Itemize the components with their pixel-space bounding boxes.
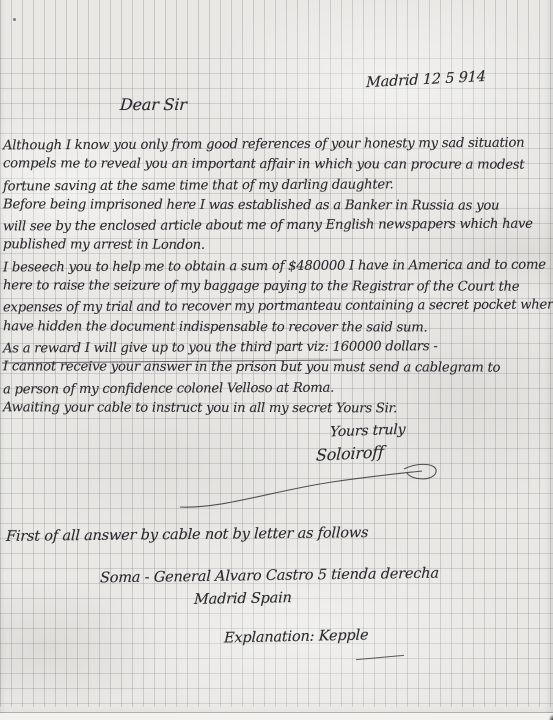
cable-address-line1: Soma - General Alvaro Castro 5 tienda de… bbox=[100, 566, 439, 587]
corner-ink-mark bbox=[546, 709, 553, 720]
letter-line: Before being imprisoned here I was estab… bbox=[3, 197, 552, 219]
scanned-letter-page: Madrid 12 5 914 Dear Sir Although I know… bbox=[0, 0, 553, 720]
letter-closing: Yours truly bbox=[330, 422, 406, 441]
letter-line: a person of my confidence colonel Vellos… bbox=[3, 379, 552, 402]
letter-line: here to raise the seizure of my baggage … bbox=[3, 278, 552, 300]
letter-line: published my arrest in London. bbox=[3, 238, 552, 260]
ink-speck bbox=[13, 18, 16, 21]
letter-line: As a reward I will give up to you the th… bbox=[3, 339, 552, 362]
letter-line: will see by the enclosed article about m… bbox=[3, 217, 552, 240]
letter-line: Although I know you only from good refer… bbox=[3, 136, 552, 159]
explanation-line: Explanation: Kepple bbox=[224, 627, 369, 646]
letter-line: Awaiting your cable to instruct you in a… bbox=[3, 400, 552, 422]
letter-line: compels me to reveal you an important af… bbox=[3, 157, 552, 179]
letter-salutation: Dear Sir bbox=[119, 95, 187, 114]
signature-flourish-stroke bbox=[172, 455, 452, 515]
letter-line: have hidden the document indispensable t… bbox=[3, 319, 552, 341]
postscript-instruction: First of all answer by cable not by lett… bbox=[6, 525, 369, 545]
letter-signature: Soloiroff bbox=[316, 442, 385, 465]
letter-line: fortune saving at the same time that of … bbox=[3, 176, 552, 199]
paper-bottom-edge bbox=[0, 712, 553, 720]
explanation-underline bbox=[356, 655, 404, 660]
letter-body: Although I know you only from good refer… bbox=[3, 137, 552, 421]
letter-line: expenses of my trial and to recover my p… bbox=[3, 298, 552, 321]
letter-date: Madrid 12 5 914 bbox=[366, 69, 486, 91]
cable-address-line2: Madrid Spain bbox=[194, 590, 292, 608]
letter-line: I beseech you to help me to obtain a sum… bbox=[3, 257, 552, 280]
